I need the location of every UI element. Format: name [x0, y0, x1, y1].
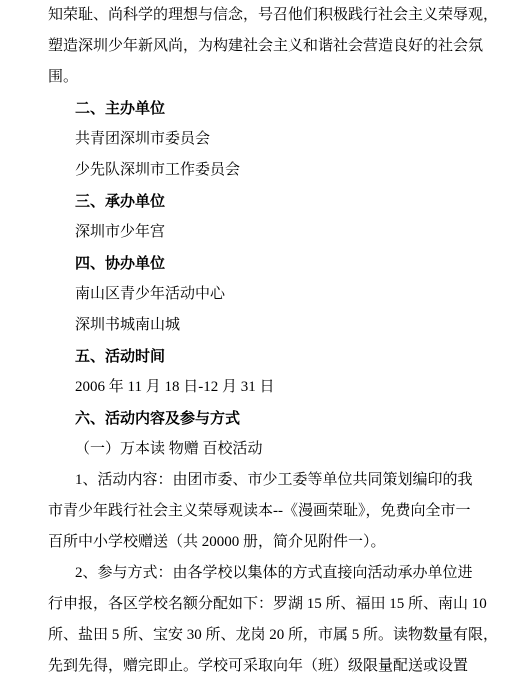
co-organizing-unit-line: 深圳书城南山城 [48, 310, 474, 341]
heading-co-organizing-units: 四、协办单位 [48, 248, 474, 279]
heading-undertaking-unit: 三、承办单位 [48, 186, 474, 217]
document-content: 知荣耻、尚科学的理想与信念，号召他们积极践行社会主义荣辱观， 塑造深圳少年新风尚… [48, 0, 474, 680]
body-line: 塑造深圳少年新风尚，为构建社会主义和谐社会营造良好的社会氛 [48, 31, 474, 62]
heading-activity-time: 五、活动时间 [48, 341, 474, 372]
activity-content-line: 百所中小学校赠送（共 20000 册，简介见附件一）。 [48, 527, 474, 558]
co-organizing-unit-line: 南山区青少年活动中心 [48, 279, 474, 310]
heading-activity-content-participation: 六、活动内容及参与方式 [48, 403, 474, 434]
activity-time-line: 2006 年 11 月 18 日-12 月 31 日 [48, 372, 474, 403]
activity-content-line: 市青少年践行社会主义荣辱观读本--《漫画荣耻》，免费向全市一 [48, 496, 474, 527]
body-line: 围。 [48, 62, 474, 93]
document-page: 知荣耻、尚科学的理想与信念，号召他们积极践行社会主义荣辱观， 塑造深圳少年新风尚… [0, 0, 520, 680]
body-line: 知荣耻、尚科学的理想与信念，号召他们积极践行社会主义荣辱观， [48, 0, 474, 31]
host-unit-line: 少先队深圳市工作委员会 [48, 155, 474, 186]
participation-line: 先到先得，赠完即止。学校可采取向年（班）级限量配送或设置 [48, 651, 474, 680]
undertaking-unit-line: 深圳市少年宫 [48, 217, 474, 248]
participation-line: 2、参与方式：由各学校以集体的方式直接向活动承办单位进 [48, 558, 474, 589]
activity-content-line: 1、活动内容：由团市委、市少工委等单位共同策划编印的我 [48, 465, 474, 496]
activity-subheading-line: （一）万本读 物赠 百校活动 [48, 434, 474, 465]
host-unit-line: 共青团深圳市委员会 [48, 124, 474, 155]
participation-line: 所、盐田 5 所、宝安 30 所、龙岗 20 所，市属 5 所。读物数量有限， [48, 620, 474, 651]
heading-host-units: 二、主办单位 [48, 93, 474, 124]
participation-line: 行申报，各区学校名额分配如下：罗湖 15 所、福田 15 所、南山 10 [48, 589, 474, 620]
